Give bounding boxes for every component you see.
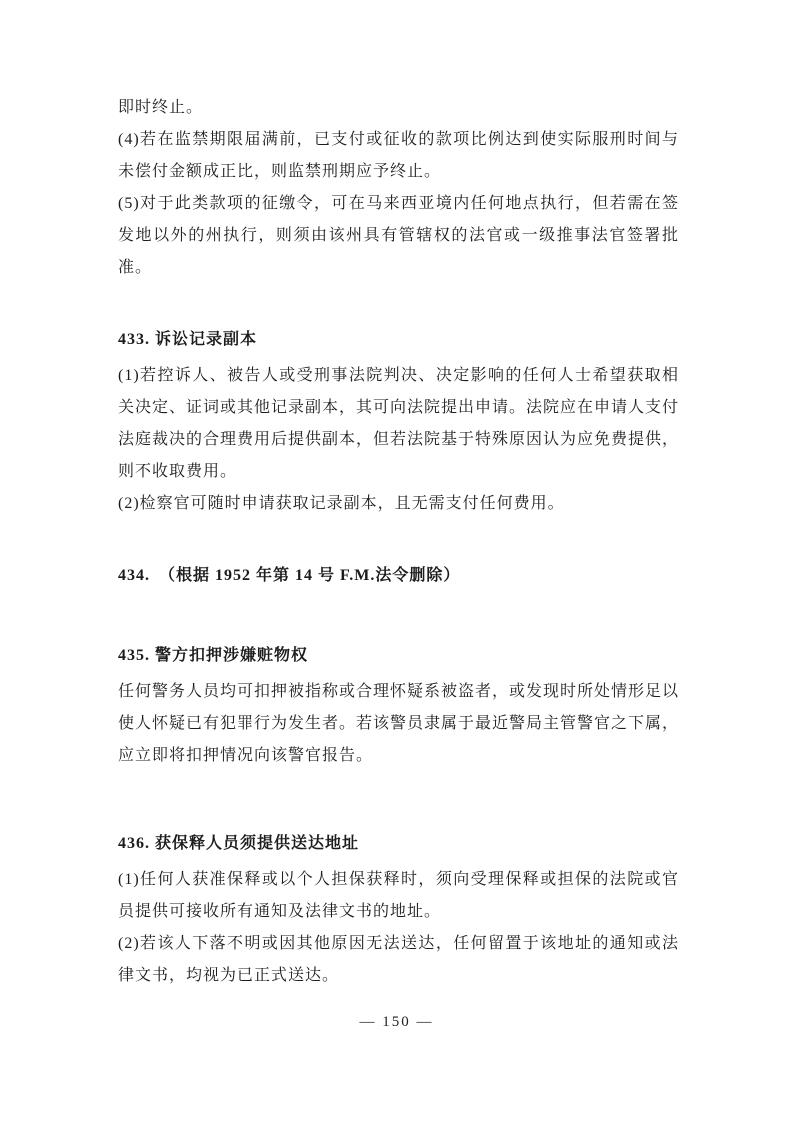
section-434: 434. （根据 1952 年第 14 号 F.M.法令删除） xyxy=(118,560,679,592)
section-436: 436. 获保释人员须提供送达地址 (1)任何人获准保释或以个人担保获释时，须向… xyxy=(118,828,679,992)
section-paragraph: (2)检察官可随时申请获取记录副本，且无需支付任何费用。 xyxy=(118,488,679,520)
section-paragraph: (1)若控诉人、被告人或受刑事法院判决、决定影响的任何人士希望获取相关决定、证词… xyxy=(118,360,679,488)
document-body: 即时终止。 (4)若在监禁期限届满前，已支付或征收的款项比例达到使实际服刑时间与… xyxy=(118,92,679,992)
page-paragraph: (4)若在监禁期限届满前，已支付或征收的款项比例达到使实际服刑时间与未偿付金额成… xyxy=(118,124,679,188)
section-heading: 433. 诉讼记录副本 xyxy=(118,324,679,356)
section-433: 433. 诉讼记录副本 (1)若控诉人、被告人或受刑事法院判决、决定影响的任何人… xyxy=(118,324,679,520)
page-paragraph: 即时终止。 xyxy=(118,92,679,124)
section-heading: 435. 警方扣押涉嫌赃物权 xyxy=(118,640,679,672)
section-paragraph: 任何警务人员均可扣押被指称或合理怀疑系被盗者，或发现时所处情形足以使人怀疑已有犯… xyxy=(118,676,679,772)
section-heading: 436. 获保释人员须提供送达地址 xyxy=(118,828,679,860)
document-page: 即时终止。 (4)若在监禁期限届满前，已支付或征收的款项比例达到使实际服刑时间与… xyxy=(0,0,793,1122)
page-number-footer: — 150 — xyxy=(0,1006,793,1038)
section-paragraph: (2)若该人下落不明或因其他原因无法送达，任何留置于该地址的通知或法律文书，均视… xyxy=(118,928,679,992)
page-paragraph: (5)对于此类款项的征缴令，可在马来西亚境内任何地点执行，但若需在签发地以外的州… xyxy=(118,188,679,284)
section-435: 435. 警方扣押涉嫌赃物权 任何警务人员均可扣押被指称或合理怀疑系被盗者，或发… xyxy=(118,640,679,772)
section-heading: 434. （根据 1952 年第 14 号 F.M.法令删除） xyxy=(118,560,679,592)
section-paragraph: (1)任何人获准保释或以个人担保获释时，须向受理保释或担保的法院或官员提供可接收… xyxy=(118,864,679,928)
